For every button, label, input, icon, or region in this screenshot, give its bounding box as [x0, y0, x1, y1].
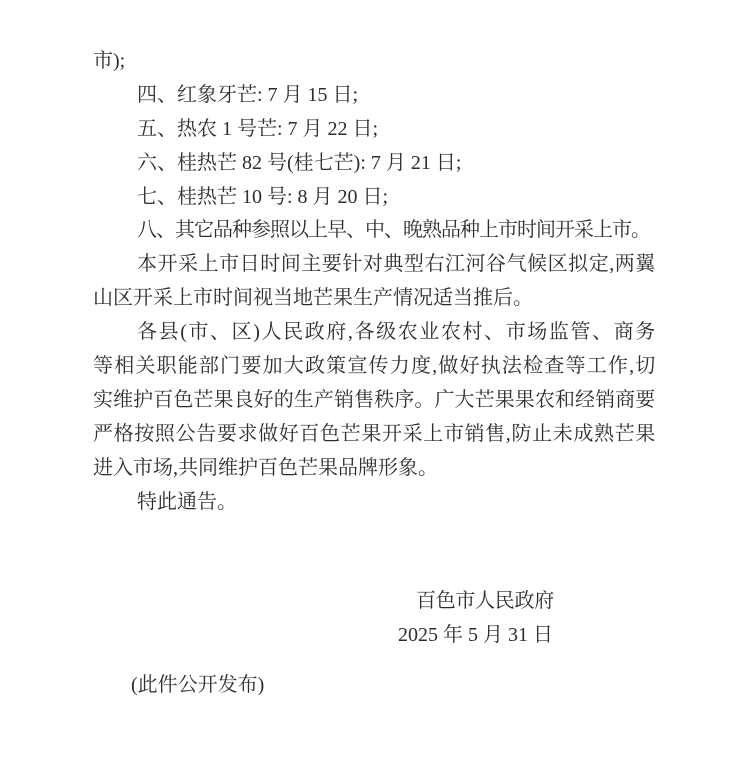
document-line: 山区开采上市时间视当地芒果生产情况适当推后。 — [93, 282, 655, 316]
document-line: 进入市场,共同维护百色芒果品牌形象。 — [93, 452, 655, 486]
document-line: 本开采上市日时间主要针对典型右江河谷气候区拟定,两翼 — [93, 248, 655, 282]
public-release-note: (此件公开发布) — [131, 668, 264, 702]
document-line: 七、桂热芒 10 号: 8 月 20 日; — [93, 181, 655, 215]
document-line: 六、桂热芒 82 号(桂七芒): 7 月 21 日; — [93, 147, 655, 181]
document-line: 特此通告。 — [93, 486, 655, 520]
document-line: 市); — [93, 45, 655, 79]
signature-org: 百色市人民政府 — [416, 584, 554, 618]
document-body: 市);四、红象牙芒: 7 月 15 日;五、热农 1 号芒: 7 月 22 日;… — [93, 45, 655, 519]
document-line: 四、红象牙芒: 7 月 15 日; — [93, 79, 655, 113]
signature-date: 2025 年 5 月 31 日 — [398, 618, 553, 652]
document-page: 市);四、红象牙芒: 7 月 15 日;五、热农 1 号芒: 7 月 22 日;… — [0, 0, 735, 771]
document-line: 八、其它品种参照以上早、中、晚熟品种上市时间开采上市。 — [93, 214, 655, 248]
document-line: 五、热农 1 号芒: 7 月 22 日; — [93, 113, 655, 147]
document-line: 严格按照公告要求做好百色芒果开采上市销售,防止未成熟芒果 — [93, 418, 655, 452]
document-line: 各县(市、区)人民政府,各级农业农村、市场监管、商务 — [93, 316, 655, 350]
document-line: 等相关职能部门要加大政策宣传力度,做好执法检查等工作,切 — [93, 350, 655, 384]
document-line: 实维护百色芒果良好的生产销售秩序。广大芒果果农和经销商要 — [93, 384, 655, 418]
